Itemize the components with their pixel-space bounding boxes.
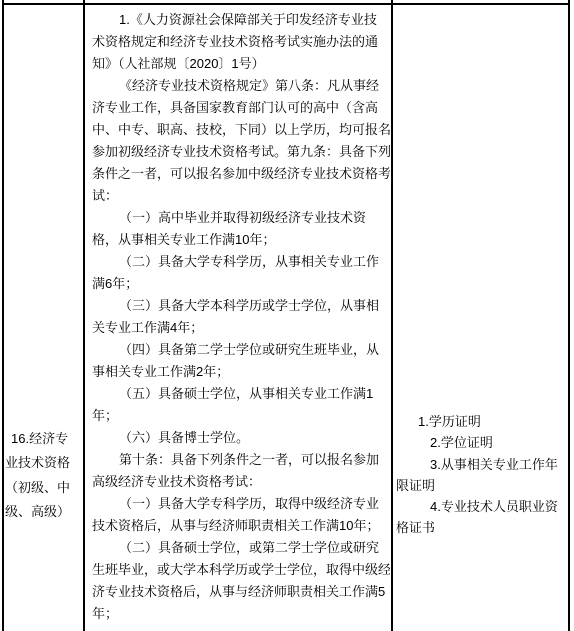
text-line: 中、中专、职高、技校，下同）以上学历，均可报名 [92,119,390,141]
text-line: 高级经济专业技术资格考试： [92,471,390,493]
text-line: 关专业工作满4年； [92,317,390,339]
text-line: 生班毕业，或大学本科学历或学士学位，取得中级经 [92,559,390,581]
text-line: 年； [92,405,390,427]
text-line: 试： [92,185,390,207]
text-line: （一）高中毕业并取得初级经济专业技术资 [119,207,390,229]
text-line: 格证书 [396,517,568,538]
text-line: 16.经济专 [11,427,83,451]
text-line: 济专业工作，具备国家教育部门认可的高中（含高 [92,97,390,119]
text-line: 格，从事相关专业工作满10年； [92,229,390,251]
text-line: （三）具备大学本科学历或学士学位，从事相 [119,295,390,317]
text-line: 《经济专业技术资格规定》第八条：凡从事经 [119,75,390,97]
text-line: 参加初级经济专业技术资格考试。第九条：具备下列 [92,141,390,163]
text-line: 济专业技术资格后，从事与经济师职责相关工作满5 [92,581,390,603]
text-line: 技术资格后，从事与经济师职责相关工作满10年； [92,515,390,537]
table-border-top [2,3,570,5]
text-line: 级、高级） [5,500,83,524]
text-line: 限证明 [396,475,568,496]
text-line: （初级、中 [5,476,83,500]
document-page: 16.经济专业技术资格（初级、中级、高级） 1.《人力资源社会保障部关于印发经济… [0,0,574,631]
text-line: （一）具备大学专科学历，取得中级经济专业 [119,493,390,515]
text-line: 知》（人社部规〔2020〕1号） [92,53,390,75]
text-line: （五）具备硕士学位，从事相关专业工作满1 [119,383,390,405]
text-line: 术资格规定和经济专业技术资格考试实施办法的通 [92,31,390,53]
text-line: 业技术资格 [5,451,83,475]
text-line: 1.学历证明 [418,411,568,432]
text-line: 4.专业技术人员职业资 [430,496,568,517]
text-line: 3.从事相关专业工作年 [430,454,568,475]
text-line: 年； [92,603,390,625]
text-line: （二）具备大学专科学历，从事相关专业工作 [119,251,390,273]
text-line: 2.学位证明 [430,432,568,453]
text-line: （四）具备第二学士学位或研究生班毕业，从 [119,339,390,361]
text-line: 1.《人力资源社会保障部关于印发经济专业技 [119,9,390,31]
text-line: （二）具备硕士学位，或第二学士学位或研究 [119,537,390,559]
required-materials-cell: 1.学历证明2.学位证明3.从事相关专业工作年限证明4.专业技术人员职业资格证书 [396,411,568,539]
table-border-left [2,0,4,631]
text-line: 条件之一者，可以报名参加中级经济专业技术资格考 [92,163,390,185]
text-line: （六）具备博士学位。 [119,427,390,449]
policy-basis-cell: 1.《人力资源社会保障部关于印发经济专业技术资格规定和经济专业技术资格考试实施办… [92,9,390,625]
text-line: 第十条：具备下列条件之一者，可以报名参加 [119,449,390,471]
text-line: 事相关专业工作满2年； [92,361,390,383]
text-line: 满6年； [92,273,390,295]
table-border-right [568,0,570,631]
qualification-name-cell: 16.经济专业技术资格（初级、中级、高级） [5,427,83,524]
table-border-col2-separator [391,0,393,631]
table-border-col1-separator [83,0,85,631]
